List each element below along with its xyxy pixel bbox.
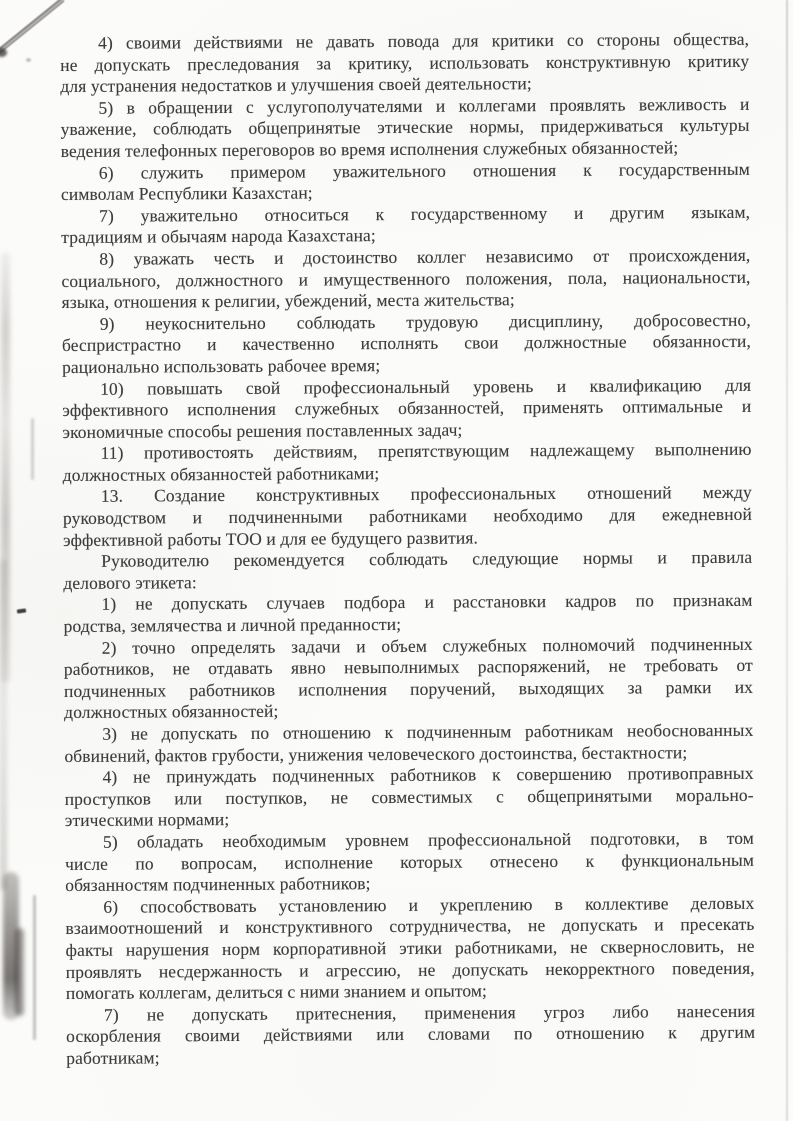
document-text: 4) своими действиями не давать повода дл… [60,29,755,1070]
left-edge-thin-streak-2 [31,418,34,480]
text-line: числе по вопросам, исполнение которых от… [65,849,754,875]
paragraph: 7) не допускать притеснения, применения … [66,1000,755,1069]
paragraph: 8) уважать честь и достоинство коллег не… [61,245,750,314]
page-edge-shadow-line [786,0,788,1121]
paragraph: 5) в обращении с услугополучателями и ко… [60,94,749,163]
left-edge-smudge-middle [0,560,7,890]
stray-dash-mark [17,608,26,613]
paragraph: 6) способствовать установлению и укрепле… [65,893,755,1005]
text-line: оскорбления своими действиями или словам… [66,1022,755,1048]
paragraph: 13. Создание конструктивных профессионал… [63,482,752,551]
paragraph: 10) повышать свой профессиональный урове… [62,374,751,443]
paragraph: 11) противостоять действиям, препятствую… [63,439,752,486]
scanned-document-page: 4) своими действиями не давать повода дл… [0,0,793,1121]
paragraph: 1) не допускать случаев подбора и расста… [63,590,752,637]
left-edge-smudge-dark [3,872,19,1020]
paragraph: 7) уважительно относиться к государствен… [61,202,750,249]
text-line: работникам; [66,1044,755,1070]
left-edge-thin-streak [33,895,36,1040]
corner-pen-stroke-tip [0,48,7,57]
text-line: Руководителю рекомендуется соблюдать сле… [63,547,752,573]
scan-speck [26,58,31,62]
text-line: 1) не допускать случаев подбора и расста… [63,590,752,616]
text-line: беспристрастно и качественно исполнять с… [62,331,751,357]
left-edge-smudge-upper [1,252,10,682]
left-edge-smudge-dark-2 [15,928,24,1016]
paragraph: 4) не принуждать подчиненных работников … [64,763,753,832]
text-line: 6) служить примером уважительного отноше… [61,158,750,184]
text-line: проявлять несдержанность и агрессию, не … [66,957,755,983]
paragraph: 5) обладать необходимым уровнем професси… [65,828,754,897]
paragraph: Руководителю рекомендуется соблюдать сле… [63,547,752,594]
text-line: социального, должностного и имущественно… [61,266,750,292]
paragraph: 2) точно определять задачи и объем служе… [64,633,754,724]
text-line: не допускать преследования за критику, и… [60,50,749,76]
paragraph: 4) своими действиями не давать повода дл… [60,29,749,98]
corner-pen-stroke-mark [0,0,65,56]
text-line: руководством и подчиненными работниками … [63,504,752,530]
text-line: эффективного исполнения служебных обязан… [62,396,751,422]
paragraph: 9) неукоснительно соблюдать трудовую дис… [62,310,751,379]
paragraph: 3) не допускать по отношению к подчиненн… [64,720,753,767]
text-line: 11) противостоять действиям, препятствую… [63,439,752,465]
paragraph: 6) служить примером уважительного отноше… [61,158,750,205]
